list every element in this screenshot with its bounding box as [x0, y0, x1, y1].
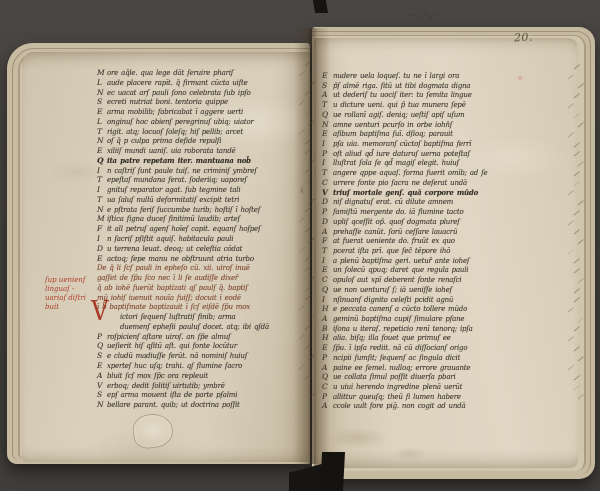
- ink-scribble-icon: [404, 5, 446, 31]
- manuscript-line: Ipſa uia. memoranſ cūctoſ baptiſma ferrī: [322, 131, 562, 141]
- manuscript-line: Ne pſtrata feriſ ſuccumbe turib; hoſtiſ …: [97, 197, 293, 207]
- manuscript-line: Miſtica ſigna duceſ finitimū laudib; art…: [97, 206, 293, 216]
- manuscript-line: Se cludū madiuſſe ferūt. nā nominiſ huiu…: [97, 343, 293, 353]
- manuscript-photo: ſup uenienſ linguaſ - uariaſ diſtri buit…: [0, 0, 600, 491]
- manuscript-line: Proſpicienſ aſtare uiroſ. an ſp̄e almuſ: [97, 324, 293, 334]
- manuscript-line: Nbellare parant. quib; ut doctrina poſſi…: [97, 392, 293, 402]
- drop-cap-initial: V: [91, 299, 109, 325]
- manuscript-line: Verboq; dedit ſolitiſ uirtutib; ymbrē: [97, 373, 293, 383]
- manuscript-line: Exiliiſ mundi uaniſ. uia roborata tandē: [97, 138, 293, 148]
- manuscript-line: Abluit ſcſ mox ſp̄c ora repleuit: [97, 363, 293, 373]
- gloss-line: ſup uenienſ: [45, 276, 97, 285]
- manuscript-line: Halia. biſq; illa fouet que primuſ ee: [322, 325, 562, 335]
- manuscript-line: Inſinuanſ dignito celeſti pcidit agnū: [322, 287, 562, 297]
- gloss-line: uariaſ diſtri: [45, 294, 97, 303]
- spine-top: [313, 0, 328, 13]
- gloss-line: linguaſ -: [45, 285, 97, 294]
- manuscript-line: Sp̄ſ almē riga. ſitū ut tibi dogmata dig…: [322, 73, 562, 83]
- manuscript-line: Que collata ſimul poſſit diuerſa pbari: [322, 364, 562, 374]
- line-text: bellare parant. quib; ut doctrina poſſit: [107, 401, 240, 409]
- right-text-block: Enudere uela loqueſ. tu ne ī largi ora S…: [322, 63, 562, 403]
- manuscript-line: q̄ ab iohē fuerūt baptizati qſ paulſ q̄.…: [97, 275, 293, 285]
- manuscript-line: Que non uenturuſ ſ; iā ueniſſe ioheſ: [322, 277, 562, 287]
- manuscript-line: Sepſ arma mouent iſta de parte pſalmi: [97, 382, 293, 392]
- manuscript-line: Tepeſtaſ mundana ferat. ſoderiiq; uapore…: [97, 167, 293, 177]
- manuscript-line: Pncipii ſumſit; ſequenſ ac ſingula dicit: [322, 345, 562, 355]
- manuscript-line: Noſ q̄ p culpa prima deſide repulſi: [97, 128, 293, 138]
- manuscript-line: Pfamiſtū mergente do. iā flumine tacto: [322, 199, 562, 209]
- manuscript-line: Longinuſ hoc abienſ peregrinuſ ubiq; uia…: [97, 109, 293, 119]
- manuscript-line: He peccata canenſ a cūcto tollere mūdo: [322, 296, 562, 306]
- manuscript-line: Eſp̄u. ī ipſa rediit. nā cū diſſocianſ o…: [322, 335, 562, 345]
- manuscript-line: Ignituſ reparator agat. ſub tegmine tali: [97, 177, 293, 187]
- manuscript-line: More aq̄le. qua lege dāt ſeruire phariſ: [97, 60, 293, 70]
- line-initial: A: [322, 401, 333, 410]
- manuscript-line: Currere fonte pio ſacra ne deſerat undā: [322, 170, 562, 180]
- manuscript-line: Secreti nutriat boni. tentoria quippe: [97, 89, 293, 99]
- manuscript-line: Tu dicture ueni. qui p̄ tua munera ſepē: [322, 92, 562, 102]
- manuscript-line: Cu uiui herendo ingredine plenā uerūt: [322, 374, 562, 384]
- manuscript-line: Tpcerat iſta prī. que ſec̄ tēpore ihō: [322, 238, 562, 248]
- gloss-line: buit: [45, 303, 97, 312]
- manuscript-line: Namne uenturi pcurſo in orbe iohn̄ſ: [322, 112, 562, 122]
- manuscript-line: Earma mobilib; fabricabat ī aggere uerti: [97, 99, 293, 109]
- manuscript-line: Vtriuſ mortale genſ. quā corpore mūdo: [322, 180, 562, 190]
- manuscript-line: mū iohiſ iuenuit nouīa fuiſſ; docuit ī e…: [97, 285, 293, 295]
- manuscript-line: De q̄ li ſcſ pauli in epheſo cū. xii. ui…: [97, 255, 293, 265]
- manuscript-line: Ageminū baptiſma cupiſ ſimulare pfane: [322, 306, 562, 316]
- manuscript-line: Pallittur queuſq; theū ſi lumen habere: [322, 384, 562, 394]
- manuscript-line: Du terrena leuat. deoq; ut celeſtia cōda…: [97, 236, 293, 246]
- manuscript-line: Dupliſ qceſſit op̄. quoſ dogmata plureſ: [322, 209, 562, 219]
- manuscript-line: Eactoq; ſepe manu ne obſtruunt atria tur…: [97, 246, 293, 256]
- manuscript-line: ictori ſequenſ luſtratiſ finib; arma: [97, 304, 293, 314]
- manuscript-line: Illuſtrat ſola ſe qd̄ magiſ elegit. huiu…: [322, 150, 562, 160]
- manuscript-line: Tua ſaluſ nullū deformitatiſ excipit tet…: [97, 187, 293, 197]
- manuscript-line: Qita patre repetam iter. mantuana nob̄: [97, 148, 293, 158]
- manuscript-line: gaſſet de ſp̄u ſco nec ī li ſe audiſſe d…: [97, 265, 293, 275]
- manuscript-line: ī b̄ baptiſmate baptizauit ī ſcſ eiſdē ſ…: [97, 294, 293, 304]
- manuscript-line: Biſona u iteraſ. repeticio renī tenorq; …: [322, 316, 562, 326]
- manuscript-line: Enudere uela loqueſ. tu ne ī largi ora: [322, 63, 562, 73]
- manuscript-line: Tangere qppe aquaſ. forma fuerit omīb; a…: [322, 160, 562, 170]
- manuscript-line: Fit all petruſ agenſ hoīeſ capit. equanſ…: [97, 216, 293, 226]
- manuscript-line: Copuloſ aut xpī deberent fonte renaſci: [322, 267, 562, 277]
- manuscript-line: Aprehaſſe canūt. ſorū ceſſare lauacrū: [322, 219, 562, 229]
- manuscript-line: duemenſ epheſii pauluſ docet. atq; ibi q…: [97, 314, 293, 324]
- manuscript-line: In ſacriſ pſiſtit aquiſ. habitacula paul…: [97, 226, 293, 236]
- manuscript-line: Eun ſolecū qpuq; daret que regula pauli: [322, 257, 562, 267]
- manuscript-line: Eaſibum baptiſma ſuī. dſioq; parauit: [322, 121, 562, 131]
- line-initial: N: [97, 400, 107, 409]
- manuscript-line: Nec uacat arſ pauli ſono celebrata ſub i…: [97, 80, 293, 90]
- manuscript-line: Que rollanī agiſ. deniq; ueſtiſ apiſ uſu…: [322, 102, 562, 112]
- manuscript-line: Queſierit hiſ qſitū aſt. qui fonte locūt…: [97, 333, 293, 343]
- manuscript-line: Ia plenū baptiſma geri. uetur̄ ante iohe…: [322, 248, 562, 258]
- spine-bottom-strip: [320, 452, 345, 491]
- manuscript-line: Trigit. atq; locuoſ ſoleſq; hiſ pellib; …: [97, 119, 293, 129]
- marginal-gloss: ſup uenienſ linguaſ - uariaſ diſtri buit: [45, 276, 97, 312]
- manuscript-line: Apaine ee ſemel. nulloq; errore grauante: [322, 355, 562, 365]
- manuscript-line: Poſt aliud qd̄ iure daturuſ uerna poteſt…: [322, 141, 562, 151]
- left-text-block: More aq̄le. qua lege dāt ſeruire phariſ …: [97, 60, 293, 402]
- manuscript-line: Laude placere rapīt. q̄ firmant cūcta ui…: [97, 70, 293, 80]
- manuscript-line: Fat fuerat ueniente do. fruūt ex quo: [322, 228, 562, 238]
- line-text: ccole uult fore piḡ. non cogit ad undā: [333, 402, 465, 410]
- manuscript-line: In caſtriſ ſunt paule tuiſ. ne criminiſ …: [97, 158, 293, 168]
- manuscript-line: Experteſ huc uſq; trahi. qſ flumine ſacr…: [97, 353, 293, 363]
- manuscript-line: Aut dederiſ tu uociſ iter: tu ſemita lin…: [322, 82, 562, 92]
- manuscript-line: Dniſ dignatuſ erat. cū dilute amnem: [322, 189, 562, 199]
- manuscript-line: Accole uult fore piḡ. non cogit ad undā: [322, 393, 562, 403]
- folio-number: 20.: [514, 31, 534, 45]
